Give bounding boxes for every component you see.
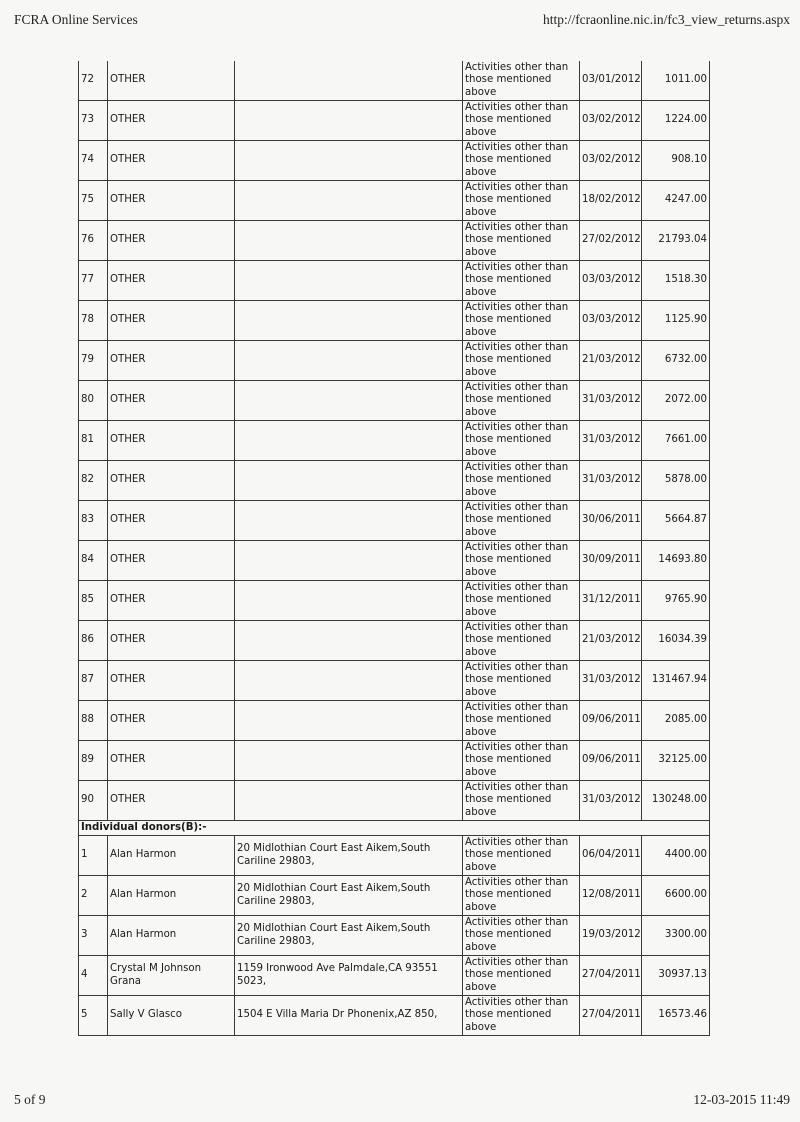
purpose-cell: Activities other than those mentioned ab… (463, 876, 580, 916)
purpose-cell: Activities other than those mentioned ab… (463, 101, 580, 141)
serial-number-cell: 75 (79, 181, 108, 221)
date-cell: 03/01/2012 (580, 61, 642, 101)
amount-cell: 21793.04 (642, 221, 710, 261)
date-cell: 27/04/2011 (580, 956, 642, 996)
date-cell: 09/06/2011 (580, 701, 642, 741)
donor-address-cell (235, 221, 463, 261)
donor-address-cell (235, 541, 463, 581)
amount-cell: 2085.00 (642, 701, 710, 741)
serial-number-cell: 76 (79, 221, 108, 261)
purpose-cell: Activities other than those mentioned ab… (463, 996, 580, 1036)
serial-number-cell: 90 (79, 781, 108, 821)
date-cell: 31/03/2012 (580, 421, 642, 461)
section-header-row: Individual donors(B):- (79, 821, 710, 836)
date-cell: 31/12/2011 (580, 581, 642, 621)
amount-cell: 4400.00 (642, 836, 710, 876)
donor-address-cell (235, 581, 463, 621)
amount-cell: 4247.00 (642, 181, 710, 221)
table-row: 78OTHERActivities other than those menti… (79, 301, 710, 341)
donor-name-cell: OTHER (108, 261, 235, 301)
donor-name-cell: Alan Harmon (108, 836, 235, 876)
donor-address-cell (235, 421, 463, 461)
serial-number-cell: 78 (79, 301, 108, 341)
amount-cell: 6732.00 (642, 341, 710, 381)
table-row: 86OTHERActivities other than those menti… (79, 621, 710, 661)
donor-address-cell: 20 Midlothian Court East Aikem,South Car… (235, 836, 463, 876)
serial-number-cell: 80 (79, 381, 108, 421)
donor-address-cell (235, 661, 463, 701)
amount-cell: 1125.90 (642, 301, 710, 341)
donor-name-cell: OTHER (108, 781, 235, 821)
donor-name-cell: Alan Harmon (108, 916, 235, 956)
purpose-cell: Activities other than those mentioned ab… (463, 956, 580, 996)
date-cell: 31/03/2012 (580, 781, 642, 821)
donor-address-cell (235, 61, 463, 101)
serial-number-cell: 83 (79, 501, 108, 541)
date-cell: 31/03/2012 (580, 661, 642, 701)
date-cell: 30/09/2011 (580, 541, 642, 581)
donor-name-cell: OTHER (108, 661, 235, 701)
amount-cell: 6600.00 (642, 876, 710, 916)
amount-cell: 32125.00 (642, 741, 710, 781)
amount-cell: 9765.90 (642, 581, 710, 621)
print-datetime: 12-03-2015 11:49 (693, 1092, 790, 1108)
donor-name-cell: Crystal M Johnson Grana (108, 956, 235, 996)
serial-number-cell: 3 (79, 916, 108, 956)
purpose-cell: Activities other than those mentioned ab… (463, 301, 580, 341)
serial-number-cell: 2 (79, 876, 108, 916)
amount-cell: 130248.00 (642, 781, 710, 821)
purpose-cell: Activities other than those mentioned ab… (463, 181, 580, 221)
donor-name-cell: OTHER (108, 341, 235, 381)
date-cell: 21/03/2012 (580, 621, 642, 661)
purpose-cell: Activities other than those mentioned ab… (463, 701, 580, 741)
date-cell: 03/03/2012 (580, 261, 642, 301)
donor-address-cell (235, 101, 463, 141)
amount-cell: 908.10 (642, 141, 710, 181)
amount-cell: 5878.00 (642, 461, 710, 501)
date-cell: 27/04/2011 (580, 996, 642, 1036)
purpose-cell: Activities other than those mentioned ab… (463, 141, 580, 181)
donor-address-cell (235, 621, 463, 661)
donor-name-cell: OTHER (108, 421, 235, 461)
amount-cell: 14693.80 (642, 541, 710, 581)
donor-address-cell (235, 341, 463, 381)
purpose-cell: Activities other than those mentioned ab… (463, 916, 580, 956)
purpose-cell: Activities other than those mentioned ab… (463, 221, 580, 261)
table-row: 88OTHERActivities other than those menti… (79, 701, 710, 741)
donor-address-cell: 20 Midlothian Court East Aikem,South Car… (235, 916, 463, 956)
amount-cell: 1518.30 (642, 261, 710, 301)
purpose-cell: Activities other than those mentioned ab… (463, 461, 580, 501)
donor-address-cell (235, 141, 463, 181)
donor-name-cell: OTHER (108, 301, 235, 341)
date-cell: 31/03/2012 (580, 381, 642, 421)
amount-cell: 2072.00 (642, 381, 710, 421)
donor-address-cell (235, 181, 463, 221)
table-row: 72OTHERActivities other than those menti… (79, 61, 710, 101)
purpose-cell: Activities other than those mentioned ab… (463, 421, 580, 461)
table-row: 76OTHERActivities other than those menti… (79, 221, 710, 261)
purpose-cell: Activities other than those mentioned ab… (463, 741, 580, 781)
date-cell: 03/03/2012 (580, 301, 642, 341)
table-row: 74OTHERActivities other than those menti… (79, 141, 710, 181)
amount-cell: 30937.13 (642, 956, 710, 996)
purpose-cell: Activities other than those mentioned ab… (463, 836, 580, 876)
page-header-title: FCRA Online Services (14, 12, 138, 28)
donor-name-cell: OTHER (108, 541, 235, 581)
donor-name-cell: OTHER (108, 581, 235, 621)
page-header-url: http://fcraonline.nic.in/fc3_view_return… (543, 12, 790, 28)
purpose-cell: Activities other than those mentioned ab… (463, 621, 580, 661)
amount-cell: 131467.94 (642, 661, 710, 701)
purpose-cell: Activities other than those mentioned ab… (463, 581, 580, 621)
donor-name-cell: OTHER (108, 621, 235, 661)
donor-name-cell: OTHER (108, 181, 235, 221)
table-row: 77OTHERActivities other than those menti… (79, 261, 710, 301)
table-row: 89OTHERActivities other than those menti… (79, 741, 710, 781)
table-row: 87OTHERActivities other than those menti… (79, 661, 710, 701)
date-cell: 09/06/2011 (580, 741, 642, 781)
serial-number-cell: 73 (79, 101, 108, 141)
serial-number-cell: 89 (79, 741, 108, 781)
purpose-cell: Activities other than those mentioned ab… (463, 61, 580, 101)
donor-address-cell (235, 741, 463, 781)
serial-number-cell: 86 (79, 621, 108, 661)
date-cell: 18/02/2012 (580, 181, 642, 221)
foreign-contribution-table: 72OTHERActivities other than those menti… (78, 61, 710, 1036)
serial-number-cell: 79 (79, 341, 108, 381)
table-row: 82OTHERActivities other than those menti… (79, 461, 710, 501)
serial-number-cell: 84 (79, 541, 108, 581)
table-row: 73OTHERActivities other than those menti… (79, 101, 710, 141)
serial-number-cell: 72 (79, 61, 108, 101)
date-cell: 12/08/2011 (580, 876, 642, 916)
table-row: 85OTHERActivities other than those menti… (79, 581, 710, 621)
purpose-cell: Activities other than those mentioned ab… (463, 261, 580, 301)
donor-name-cell: OTHER (108, 701, 235, 741)
serial-number-cell: 5 (79, 996, 108, 1036)
donor-address-cell (235, 381, 463, 421)
table-row: 83OTHERActivities other than those menti… (79, 501, 710, 541)
serial-number-cell: 77 (79, 261, 108, 301)
donor-name-cell: Alan Harmon (108, 876, 235, 916)
serial-number-cell: 1 (79, 836, 108, 876)
date-cell: 27/02/2012 (580, 221, 642, 261)
table-row: 5Sally V Glasco1504 E Villa Maria Dr Pho… (79, 996, 710, 1036)
table-row: 90OTHERActivities other than those menti… (79, 781, 710, 821)
donor-address-cell (235, 701, 463, 741)
donor-address-cell (235, 261, 463, 301)
table-row: 79OTHERActivities other than those menti… (79, 341, 710, 381)
purpose-cell: Activities other than those mentioned ab… (463, 541, 580, 581)
purpose-cell: Activities other than those mentioned ab… (463, 781, 580, 821)
donor-address-cell: 1504 E Villa Maria Dr Phonenix,AZ 850, (235, 996, 463, 1036)
amount-cell: 3300.00 (642, 916, 710, 956)
amount-cell: 16573.46 (642, 996, 710, 1036)
date-cell: 06/04/2011 (580, 836, 642, 876)
serial-number-cell: 74 (79, 141, 108, 181)
donor-name-cell: OTHER (108, 101, 235, 141)
donor-address-cell (235, 461, 463, 501)
amount-cell: 1011.00 (642, 61, 710, 101)
serial-number-cell: 81 (79, 421, 108, 461)
serial-number-cell: 82 (79, 461, 108, 501)
donor-name-cell: OTHER (108, 501, 235, 541)
purpose-cell: Activities other than those mentioned ab… (463, 341, 580, 381)
donor-address-cell (235, 501, 463, 541)
amount-cell: 1224.00 (642, 101, 710, 141)
amount-cell: 7661.00 (642, 421, 710, 461)
table-row: 75OTHERActivities other than those menti… (79, 181, 710, 221)
date-cell: 21/03/2012 (580, 341, 642, 381)
table-row: 4Crystal M Johnson Grana1159 Ironwood Av… (79, 956, 710, 996)
table-row: 2Alan Harmon20 Midlothian Court East Aik… (79, 876, 710, 916)
serial-number-cell: 87 (79, 661, 108, 701)
date-cell: 03/02/2012 (580, 141, 642, 181)
serial-number-cell: 85 (79, 581, 108, 621)
donor-name-cell: OTHER (108, 61, 235, 101)
date-cell: 03/02/2012 (580, 101, 642, 141)
table-row: 84OTHERActivities other than those menti… (79, 541, 710, 581)
table-row: 80OTHERActivities other than those menti… (79, 381, 710, 421)
donor-name-cell: Sally V Glasco (108, 996, 235, 1036)
purpose-cell: Activities other than those mentioned ab… (463, 381, 580, 421)
serial-number-cell: 4 (79, 956, 108, 996)
donor-name-cell: OTHER (108, 221, 235, 261)
date-cell: 31/03/2012 (580, 461, 642, 501)
table-row: 81OTHERActivities other than those menti… (79, 421, 710, 461)
serial-number-cell: 88 (79, 701, 108, 741)
donor-name-cell: OTHER (108, 381, 235, 421)
donor-address-cell: 1159 Ironwood Ave Palmdale,CA 93551 5023… (235, 956, 463, 996)
purpose-cell: Activities other than those mentioned ab… (463, 501, 580, 541)
donor-address-cell (235, 781, 463, 821)
donor-address-cell (235, 301, 463, 341)
section-title-individual-donors: Individual donors(B):- (79, 821, 710, 836)
table-row: 1Alan Harmon20 Midlothian Court East Aik… (79, 836, 710, 876)
date-cell: 19/03/2012 (580, 916, 642, 956)
purpose-cell: Activities other than those mentioned ab… (463, 661, 580, 701)
donor-name-cell: OTHER (108, 741, 235, 781)
page-number: 5 of 9 (14, 1092, 46, 1108)
donor-address-cell: 20 Midlothian Court East Aikem,South Car… (235, 876, 463, 916)
amount-cell: 16034.39 (642, 621, 710, 661)
table-row: 3Alan Harmon20 Midlothian Court East Aik… (79, 916, 710, 956)
date-cell: 30/06/2011 (580, 501, 642, 541)
donor-name-cell: OTHER (108, 461, 235, 501)
amount-cell: 5664.87 (642, 501, 710, 541)
donor-name-cell: OTHER (108, 141, 235, 181)
